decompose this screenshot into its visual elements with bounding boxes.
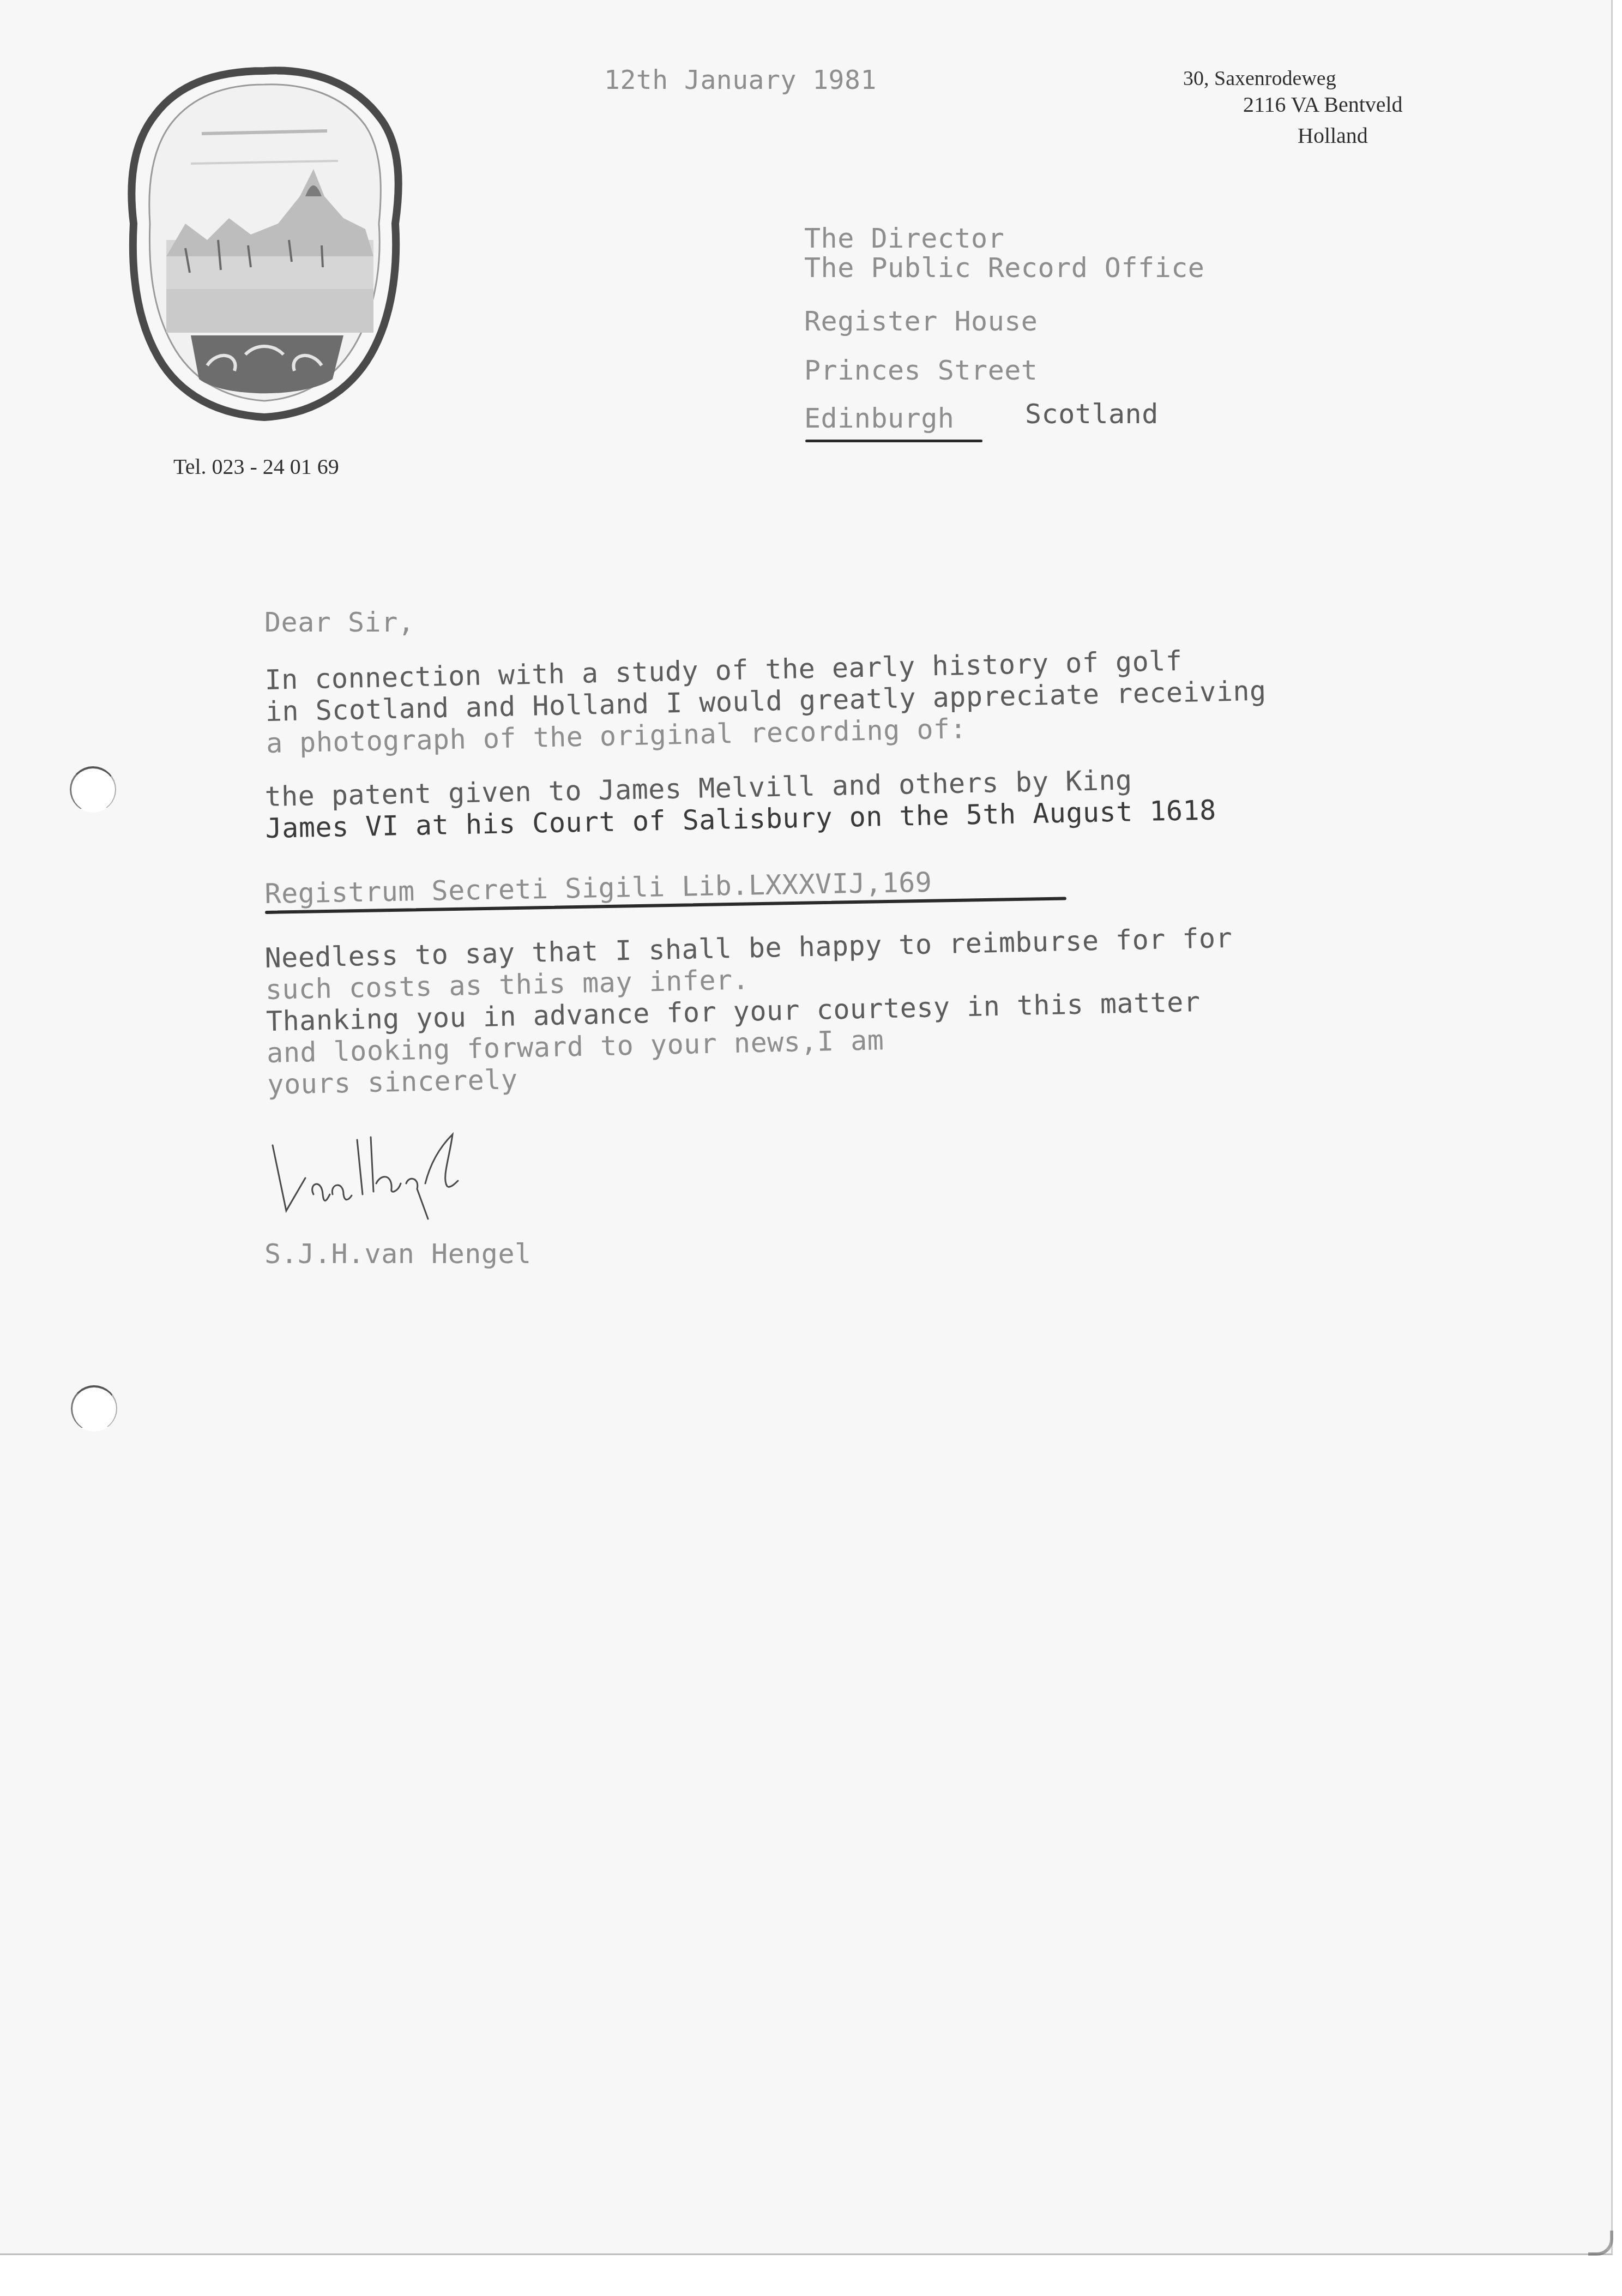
recipient-city: Edinburgh [804,402,954,434]
return-address-line-2: 2116 VA Bentveld [1243,92,1403,117]
record-reference: Registrum Secreti Sigili Lib.LXXXVIJ,169 [264,867,932,910]
city-underline [805,440,982,442]
golf-scene-medallion-icon [125,60,403,425]
return-address-line-3: Holland [1298,123,1368,148]
body-paragraph-2: the patent given to James Melvill and ot… [264,763,1216,844]
recipient-line: The Director [804,223,1004,254]
letter-date: 12th January 1981 [604,64,877,96]
letter-page: Tel. 023 - 24 01 69 12th January 1981 30… [0,0,1613,2255]
body-paragraph-1: In connection with a study of the early … [264,644,1267,759]
body-paragraph-3: Needless to say that I shall be happy to… [264,922,1235,1101]
recipient-line: Register House [804,305,1038,337]
salutation: Dear Sir, [264,606,414,638]
recipient-country: Scotland [1025,398,1159,430]
telephone-number: Tel. 023 - 24 01 69 [173,454,339,479]
typed-signature-name: S.J.H.van Hengel [264,1238,532,1270]
punch-hole-icon [71,1385,117,1432]
handwritten-signature-icon [262,1123,567,1222]
punch-hole-icon [70,766,116,813]
recipient-line: The Public Record Office [804,252,1204,284]
return-address-line-1: 30, Saxenrodeweg [1183,67,1336,91]
recipient-line: Princes Street [804,354,1038,386]
